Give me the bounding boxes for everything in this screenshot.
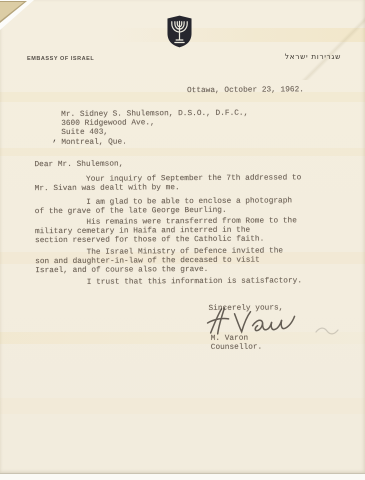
signature-typed-name: M. Varon: [211, 335, 249, 344]
salutation: Dear Mr. Shulemson,: [34, 161, 123, 171]
stray-ink-mark: ,: [52, 134, 57, 144]
recipient-address-block: Mr. Sidney S. Shulemson, D.S.O., D.F.C.,…: [61, 110, 248, 148]
signature-title: Counsellor.: [211, 344, 263, 354]
paper-bottom-edge: [0, 473, 365, 480]
handwritten-signature: [203, 305, 298, 337]
scanned-letter: EMBASSY OF ISRAEL שגרירות ישראל Ottawa, …: [0, 0, 365, 480]
paragraph-remains: His remains were transferred from Rome t…: [35, 217, 297, 246]
paragraph-photograph: I am glad to be able to enclose a photog…: [35, 197, 292, 217]
date-line: Ottawa, October 23, 1962.: [187, 86, 304, 96]
paragraph-ministry-invitation: The Israel Ministry of Defence invited t…: [35, 247, 283, 276]
pencil-mark: [314, 324, 340, 338]
paragraph-inquiry: Your inquiry of September the 7th addres…: [35, 174, 302, 194]
letter-content: Ottawa, October 23, 1962. Mr. Sidney S. …: [0, 0, 365, 480]
paragraph-closing-remark: I trust that this information is satisfa…: [35, 277, 302, 288]
